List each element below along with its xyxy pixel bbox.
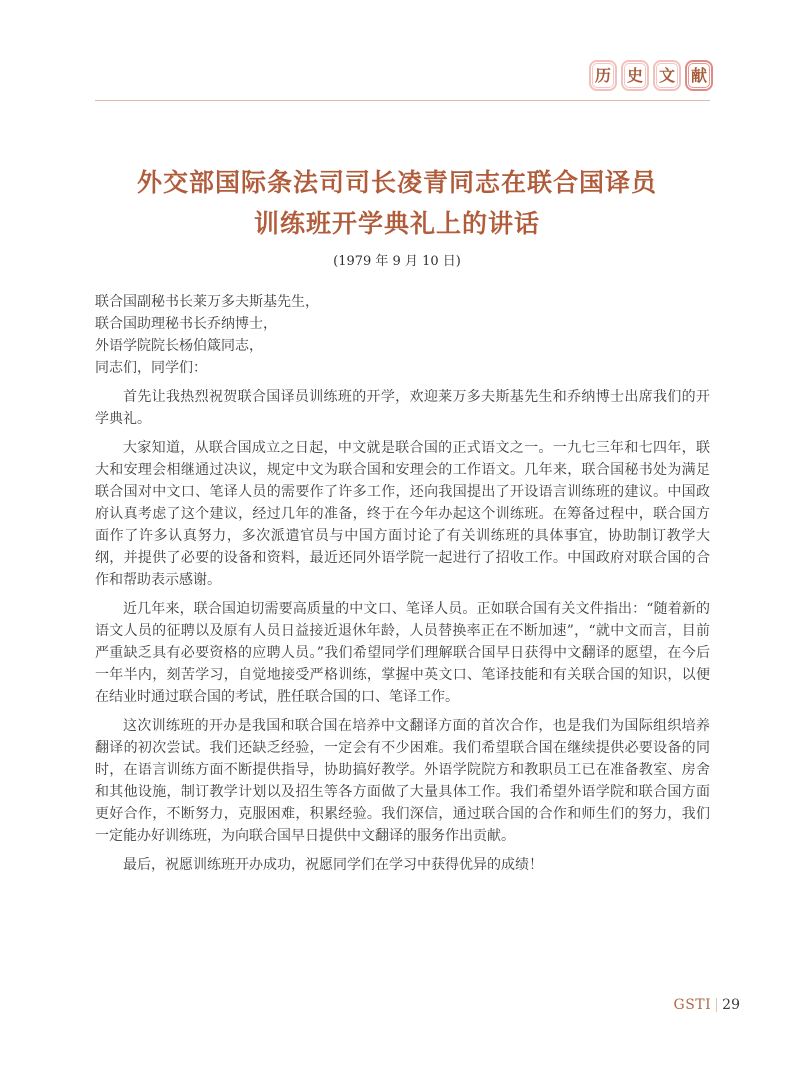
body-paragraph: 这次训练班的开办是我国和联合国在培养中文翻译方面的首次合作，也是我们为国际组织培… (95, 715, 710, 847)
badge-char-box: 历 (589, 60, 617, 91)
body-paragraph: 近几年来，联合国迫切需要高质量的中文口、笔译人员。正如联合国有关文件指出：“随着… (95, 598, 710, 708)
journal-abbreviation: GSTI (674, 997, 712, 1013)
badge-char-box: 文 (653, 60, 681, 91)
body-paragraph: 大家知道，从联合国成立之日起，中文就是联合国的正式语文之一。一九七三年和七四年，… (95, 437, 710, 591)
salutation-line: 同志们，同学们： (95, 357, 710, 379)
footer-divider (716, 998, 717, 1012)
badge-char-box: 史 (621, 60, 649, 91)
header-category-badge: 历 史 文 献 (589, 60, 713, 91)
article-date: (1979 年 9 月 10 日) (0, 250, 794, 269)
header-divider (95, 100, 710, 101)
badge-char: 历 (592, 63, 614, 88)
article-body: 联合国副秘书长莱万多夫斯基先生， 联合国助理秘书长乔纳博士， 外语学院院长杨伯箴… (95, 291, 710, 876)
badge-char-box: 献 (685, 60, 713, 91)
article-title: 外交部国际条法司司长凌青同志在联合国译员 训练班开学典礼上的讲话 (0, 162, 794, 244)
badge-char: 文 (656, 63, 678, 88)
body-paragraph: 最后，祝愿训练班开办成功，祝愿同学们在学习中获得优异的成绩！ (95, 854, 710, 876)
body-paragraph: 首先让我热烈祝贺联合国译员训练班的开学，欢迎莱万多夫斯基先生和乔纳博士出席我们的… (95, 386, 710, 430)
document-page: 历 史 文 献 外交部国际条法司司长凌青同志在联合国译员 训练班开学典礼上的讲话… (0, 0, 794, 1078)
article-title-line-1: 外交部国际条法司司长凌青同志在联合国译员 (0, 162, 794, 203)
salutation-line: 联合国副秘书长莱万多夫斯基先生， (95, 291, 710, 313)
badge-char: 史 (624, 63, 646, 88)
page-footer: GSTI 29 (674, 997, 740, 1013)
salutation-line: 外语学院院长杨伯箴同志， (95, 335, 710, 357)
article-title-line-2: 训练班开学典礼上的讲话 (0, 203, 794, 244)
badge-char: 献 (688, 63, 710, 88)
page-number: 29 (722, 997, 740, 1013)
salutation-line: 联合国助理秘书长乔纳博士， (95, 313, 710, 335)
